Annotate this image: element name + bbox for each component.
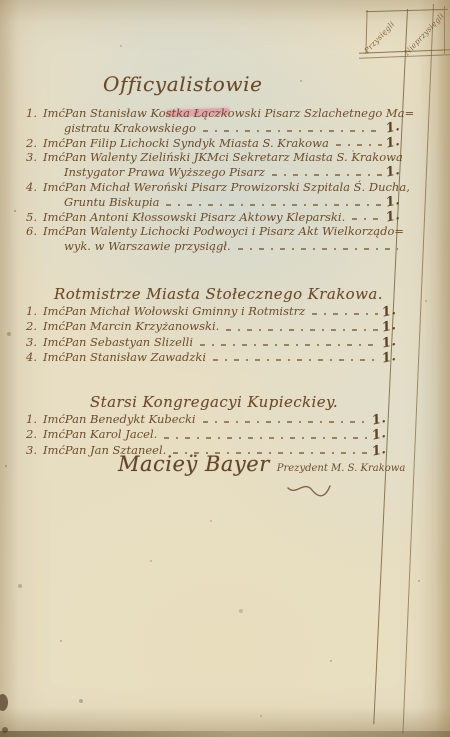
entry-number: 3. — [26, 335, 43, 350]
register-row: wyk. w Warszawie przysiągł. — [26, 239, 402, 254]
tally-mark: 1. — [381, 348, 400, 366]
tally-column-header-1: Przysięgli — [362, 20, 396, 55]
entry-number: 3. — [26, 150, 43, 165]
entry-number: 1. — [26, 412, 43, 427]
section-heading: Rotmistrze Miasta Stołecznego Krakowa. — [54, 287, 398, 302]
register-row: 1.ImćPan Benedykt Kubecki1. — [26, 412, 388, 427]
page-title: Officyalistowie — [103, 72, 263, 96]
dotted-leader — [238, 248, 398, 250]
entry-text: ImćPan Filip Lichocki Syndyk Miasta S. K… — [43, 136, 329, 151]
register-row: Instygator Prawa Wyższego Pisarz1. — [26, 165, 402, 180]
entry-text: ImćPan Benedykt Kubecki — [43, 412, 196, 427]
dotted-leader — [312, 313, 378, 315]
entry-text: wyk. w Warszawie przysiągł. — [64, 239, 231, 254]
section-heading: Starsi Kongregacyi Kupieckiey. — [90, 395, 388, 410]
entry-text: ImćPan Marcin Krzyżanowski. — [43, 319, 219, 334]
register-row: Gruntu Biskupia1. — [26, 195, 402, 210]
entry-text: ImćPan Michał Wołowski Gminny i Rotmistr… — [43, 304, 305, 319]
register-row: 2.ImćPan Marcin Krzyżanowski.1. — [26, 319, 398, 334]
tally-mark: 1. — [381, 318, 400, 336]
dotted-leader — [352, 218, 382, 220]
manuscript-page: Przysięgli Nieprzysięgli Officyalistowie… — [0, 0, 450, 737]
entry-text: ImćPan Stanisław Zawadzki — [43, 350, 206, 365]
entry-number: 4. — [26, 180, 43, 195]
signature-title: Prezydent M. S. Krakowa — [277, 463, 406, 474]
section-officials: 1.ImćPan Stanisław Kostka Łączkowski Pis… — [26, 106, 402, 254]
register-row: 4.ImćPan Stanisław Zawadzki1. — [26, 350, 398, 365]
entry-number: 1. — [26, 304, 43, 319]
paper-specks — [0, 0, 2, 2]
tally-mark: 1. — [385, 164, 404, 182]
entry-number: 2. — [26, 427, 43, 442]
dotted-leader — [213, 359, 378, 361]
register-row: 3.ImćPan Sebastyan Slizelli1. — [26, 335, 398, 350]
dotted-leader — [226, 329, 378, 331]
section-merchants: Starsi Kongregacyi Kupieckiey.1.ImćPan B… — [26, 395, 388, 458]
entry-number: 6. — [26, 224, 43, 239]
entry-text: ImćPan Stanisław Kostka Łączkowski Pisar… — [43, 106, 414, 121]
dotted-leader — [200, 344, 378, 346]
page-bottom-shadow — [0, 731, 450, 737]
entry-number: 2. — [26, 319, 43, 334]
register-row: 6.ImćPan Walenty Lichocki Podwoyci i Pis… — [26, 224, 402, 239]
entry-number: 3. — [26, 443, 43, 458]
tally-mark: 1. — [381, 333, 400, 351]
entry-text: ImćPan Michał Weroński Pisarz Prowizorsk… — [43, 180, 410, 195]
entry-text: Instygator Prawa Wyższego Pisarz — [64, 165, 265, 180]
dotted-leader — [203, 130, 382, 132]
register-row: gistratu Krakowskiego1. — [26, 121, 402, 136]
tally-mark: 1. — [371, 426, 390, 444]
dotted-leader — [336, 144, 382, 146]
entry-number: 4. — [26, 350, 43, 365]
register-row: 2.ImćPan Filip Lichocki Syndyk Miasta S.… — [26, 136, 402, 151]
entry-number: 5. — [26, 210, 43, 225]
entry-text: ImćPan Antoni Kłossowski Pisarz Aktowy K… — [43, 210, 345, 225]
register-row: 5.ImćPan Antoni Kłossowski Pisarz Aktowy… — [26, 210, 402, 225]
dotted-leader — [164, 437, 368, 439]
tally-mark: 1. — [385, 134, 404, 152]
tally-mark: 1. — [385, 208, 404, 226]
dotted-leader — [203, 421, 368, 423]
entry-number: 1. — [26, 106, 43, 121]
signature-flourish-icon — [286, 482, 332, 498]
entry-text: gistratu Krakowskiego — [64, 121, 196, 136]
dotted-leader — [166, 204, 382, 206]
section-rotmistrze: Rotmistrze Miasta Stołecznego Krakowa.1.… — [26, 287, 398, 365]
entry-text: ImćPan Sebastyan Slizelli — [43, 335, 193, 350]
signature-line: Macieÿ Bayer Prezydent M. S. Krakowa — [118, 452, 368, 476]
signature-block: Macieÿ Bayer Prezydent M. S. Krakowa — [118, 452, 368, 476]
page-edge-shadow — [436, 0, 450, 737]
tally-mark: 1. — [371, 441, 390, 459]
entry-text: Gruntu Biskupia — [64, 195, 159, 210]
ink-blot — [0, 694, 8, 711]
register-row: 1.ImćPan Michał Wołowski Gminny i Rotmis… — [26, 304, 398, 319]
register-row: 3.ImćPan Walenty Zieliński JKMci Sekreta… — [26, 150, 402, 165]
register-row: 4.ImćPan Michał Weroński Pisarz Prowizor… — [26, 180, 402, 195]
entry-text: ImćPan Karol Jacel. — [43, 427, 157, 442]
signature-name: Macieÿ Bayer — [118, 452, 270, 476]
entry-text: ImćPan Walenty Lichocki Podwoyci i Pisar… — [43, 224, 404, 239]
register-row: 1.ImćPan Stanisław Kostka Łączkowski Pis… — [26, 106, 402, 121]
dotted-leader — [272, 174, 382, 176]
register-row: 2.ImćPan Karol Jacel.1. — [26, 427, 388, 442]
entry-text: ImćPan Walenty Zieliński JKMci Sekretarz… — [43, 150, 403, 165]
entry-number: 2. — [26, 136, 43, 151]
